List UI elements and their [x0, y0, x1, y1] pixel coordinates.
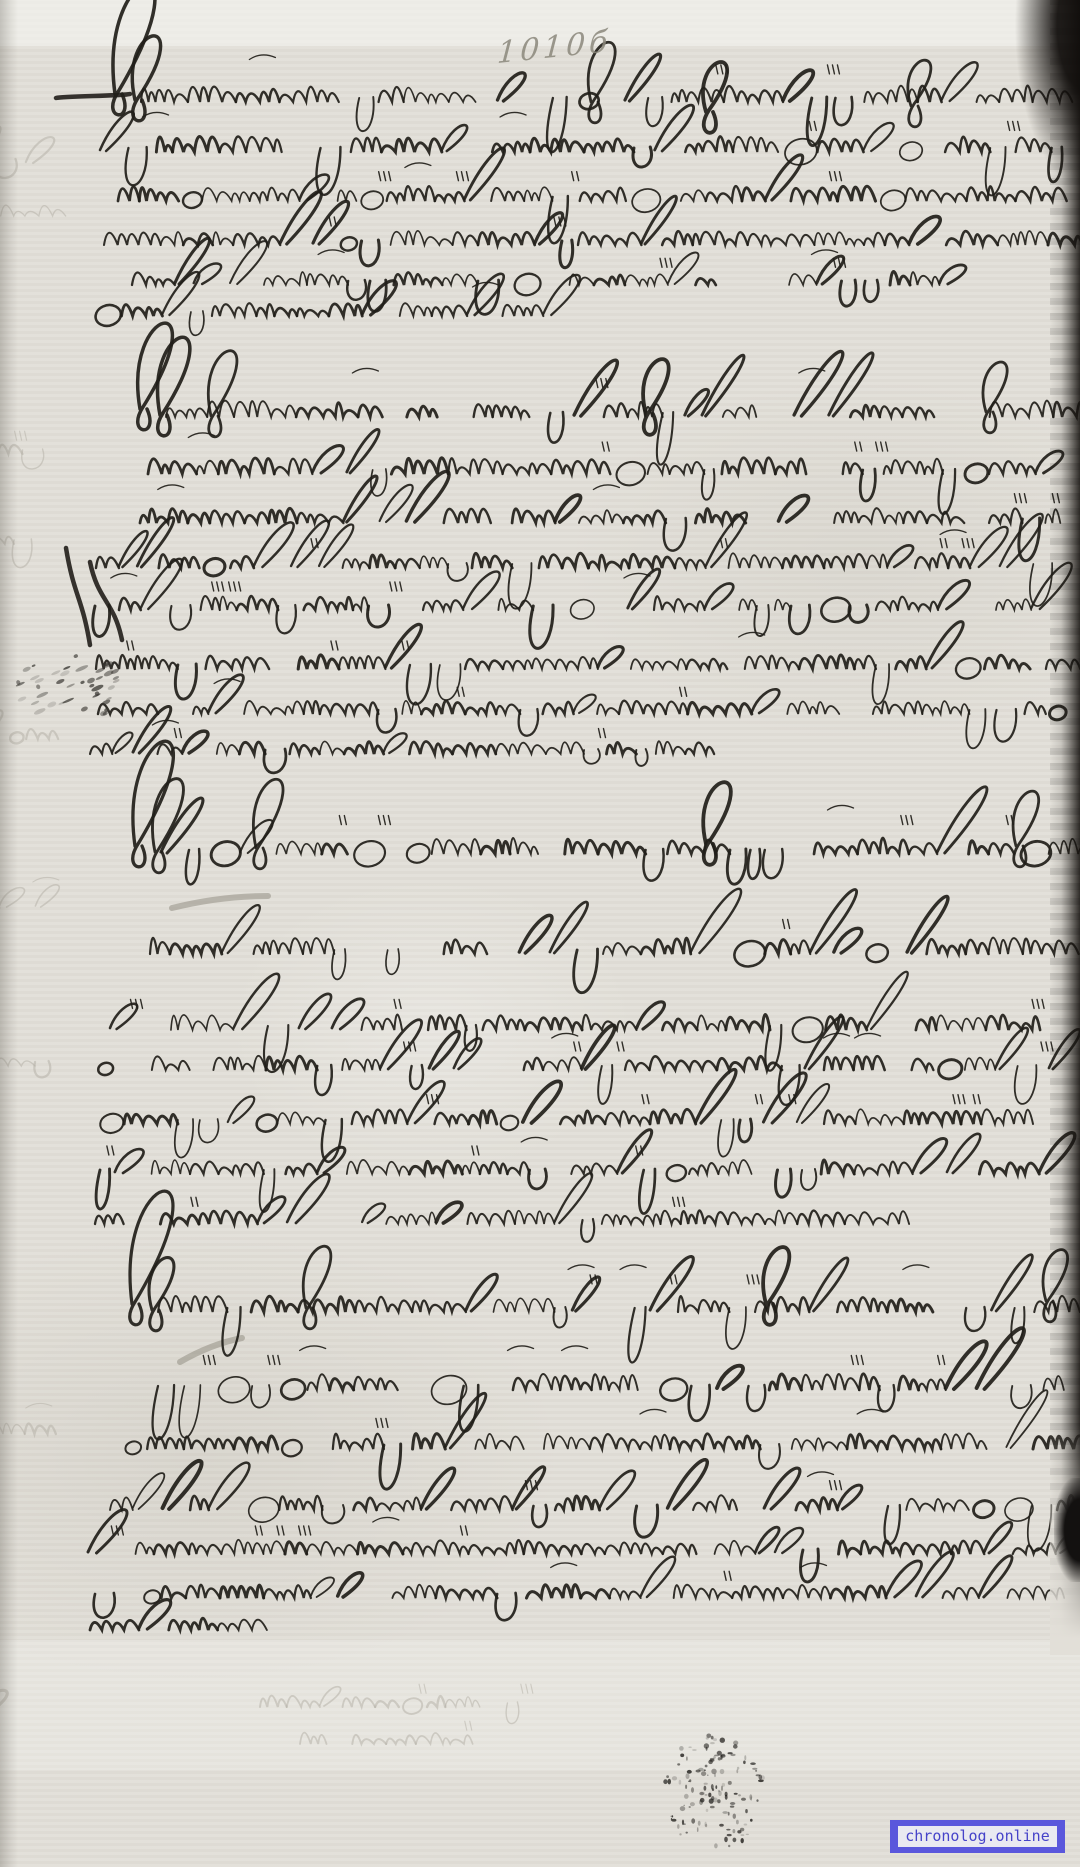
handwritten-paragraph-2	[66, 323, 1080, 773]
ink-blot	[663, 1734, 765, 1849]
manuscript-page: 1010б chronolog.online	[0, 0, 1080, 1867]
handwritten-paragraph-3	[95, 741, 1080, 1242]
bleed-through-text	[0, 126, 533, 1744]
handwritten-paragraph-4	[88, 1191, 1080, 1630]
watermark-badge: chronolog.online	[890, 1820, 1065, 1853]
watermark-text: chronolog.online	[905, 1829, 1050, 1844]
pencil-smudge-strokes	[172, 896, 268, 1362]
handwriting-layer	[0, 0, 1080, 1867]
watermark-panel: chronolog.online	[898, 1826, 1057, 1847]
